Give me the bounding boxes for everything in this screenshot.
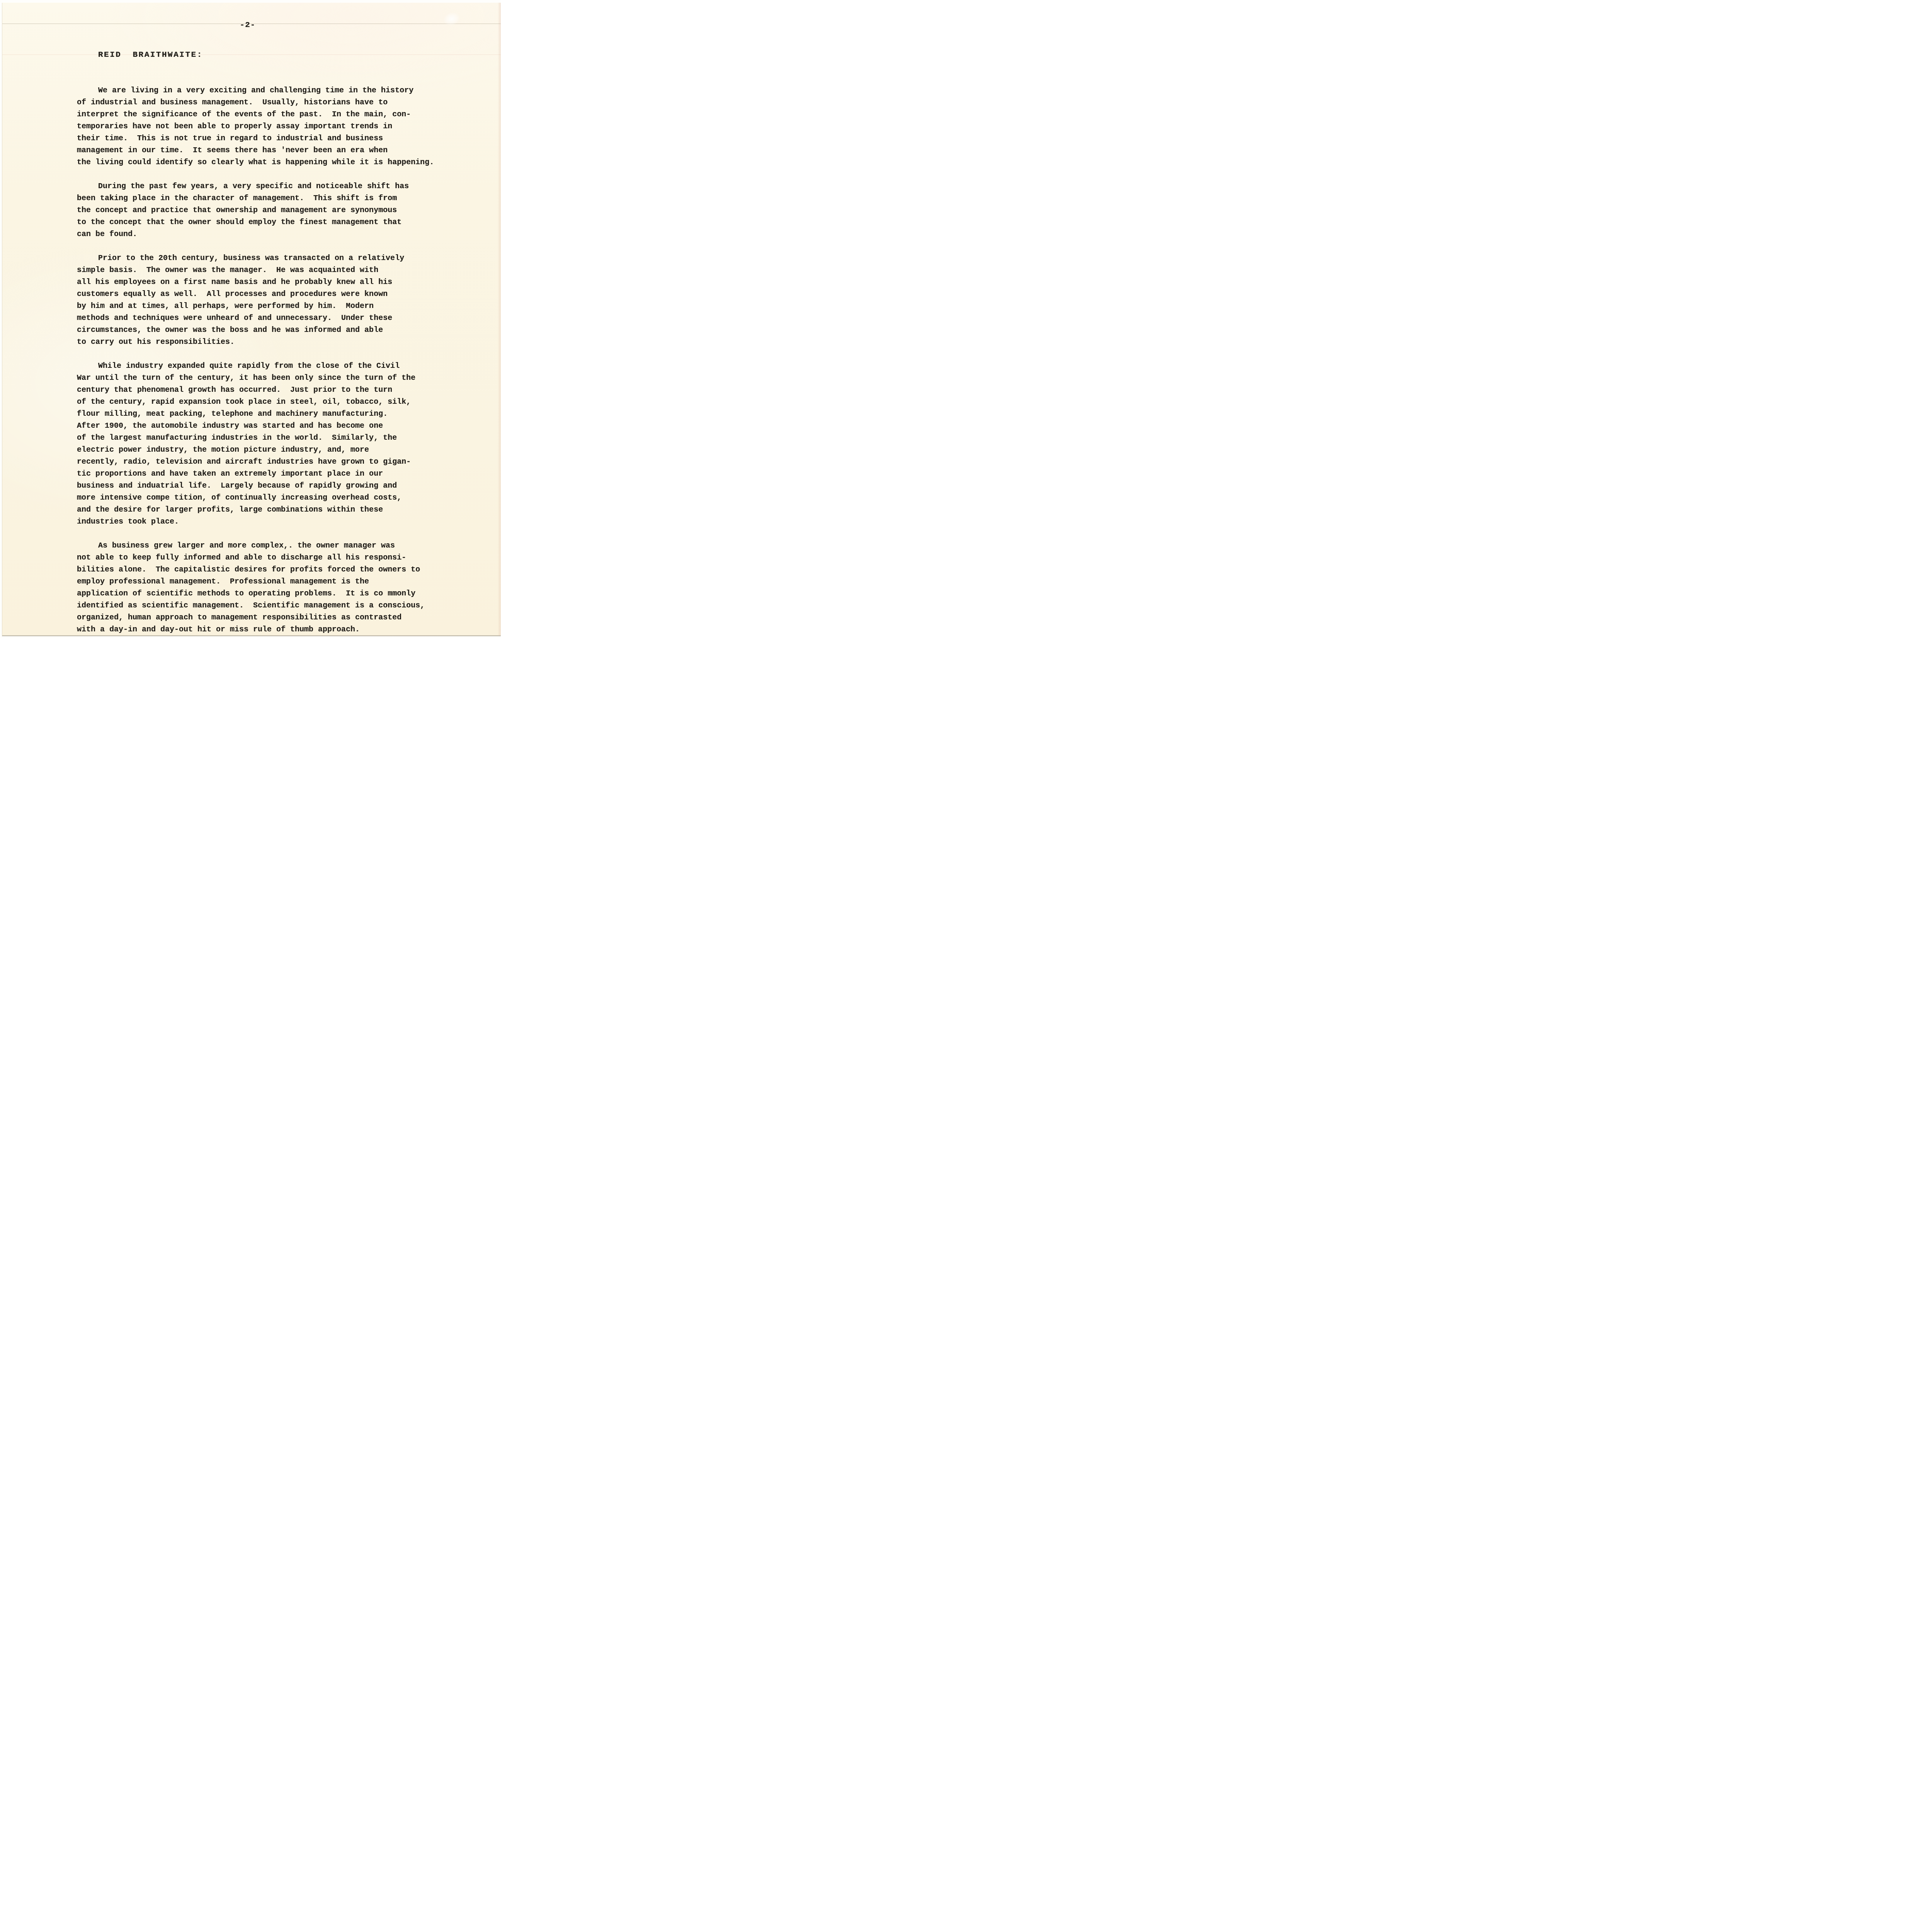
paragraph: While industry expanded quite rapidly fr… [77, 360, 447, 528]
paper-edge-shadow [498, 3, 501, 635]
paragraph: We are living in a very exciting and cha… [77, 85, 447, 168]
paragraph: During the past few years, a very specif… [77, 180, 447, 240]
paragraph: Prior to the 20th century, business was … [77, 252, 447, 348]
scanned-document-page: -2- REID BRAITHWAITE: We are living in a… [0, 0, 501, 638]
paragraph: As business grew larger and more complex… [77, 540, 447, 636]
paper-sheet: -2- REID BRAITHWAITE: We are living in a… [2, 3, 501, 636]
page-number: -2- [0, 21, 497, 30]
speaker-heading: REID BRAITHWAITE: [98, 51, 203, 60]
document-body: We are living in a very exciting and cha… [77, 85, 447, 638]
bleed-through-line [2, 54, 501, 55]
